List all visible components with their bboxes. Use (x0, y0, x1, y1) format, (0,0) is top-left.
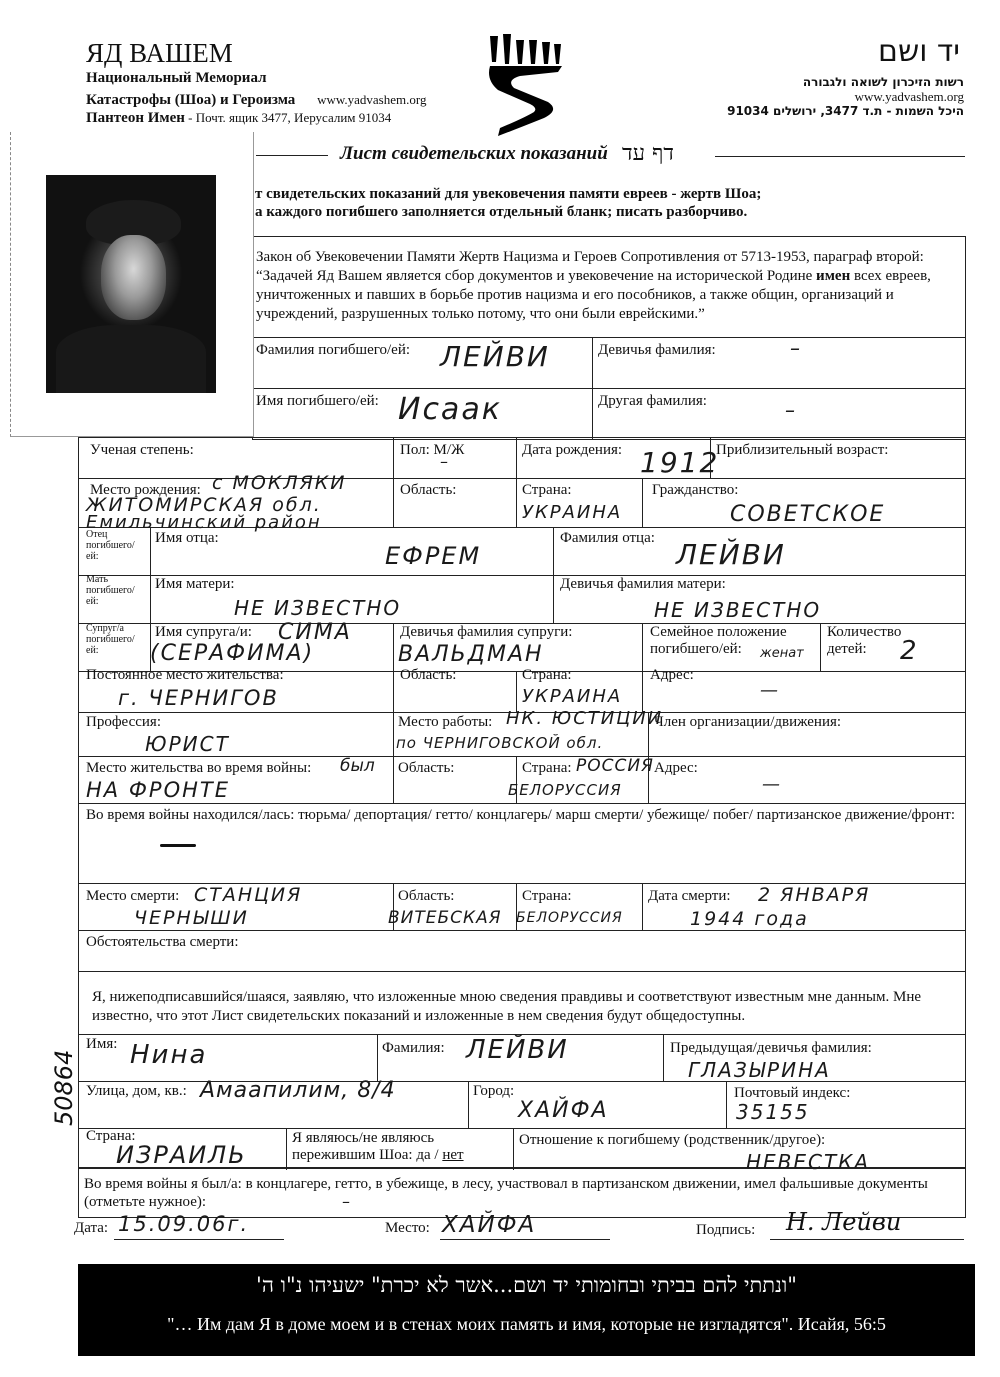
submitter-street-label: Улица, дом, кв.: (86, 1083, 187, 1100)
date-value[interactable]: 15.09.06г. (118, 1212, 249, 1236)
war-region-label: Область: (398, 760, 454, 777)
birth-place-value-1[interactable]: с МОКЛЯКИ (212, 472, 347, 494)
father-name-label: Имя отца: (155, 530, 219, 547)
war-address-value[interactable]: — (762, 774, 782, 795)
death-country-value[interactable]: БЕЛОРУССИЯ (516, 910, 623, 926)
profession-value[interactable]: ЮРИСТ (145, 732, 230, 756)
residence-address-value[interactable]: — (760, 680, 780, 701)
war-residence-value-1[interactable]: был (340, 756, 375, 776)
submitter-surname-value[interactable]: ЛЕЙВИ (466, 1035, 569, 1065)
war-status-label: Во время войны находился/лась: тюрьма/ д… (86, 806, 956, 825)
father-group-label: Отец погибшего/ ей: (86, 529, 148, 562)
workplace-label: Место работы: (398, 714, 492, 731)
workplace-value-1[interactable]: НК. ЮСТИЦИИ (506, 708, 663, 729)
children-label-1: Количество (827, 624, 901, 641)
victim-other-surname-label: Другая фамилия: (598, 393, 707, 410)
mother-group-label: Мать погибшего/ ей: (86, 574, 148, 607)
law-text: Закон об Увековечении Памяти Жертв Нациз… (256, 248, 968, 324)
residence-country-label: Страна: (522, 667, 572, 684)
victim-firstname-label: Имя погибшего/ей: (256, 393, 379, 410)
submitter-city-label: Город: (473, 1083, 514, 1100)
spouse-group-label: Супруг/а погибшего/ ей: (86, 623, 148, 656)
org-line2-ru: Катастрофы (Шоа) и Героизма www.yadvashe… (86, 92, 426, 109)
mother-name-label: Имя матери: (155, 576, 235, 593)
death-region-value[interactable]: ВИТЕБСКАЯ (388, 908, 502, 928)
residence-label: Постоянное место жительства: (86, 667, 284, 684)
marital-label-2: погибшего/ей: (650, 641, 742, 658)
victim-maiden-value[interactable]: – (790, 336, 802, 360)
org-line1-he: רשות הזיכרון לשואה ולגבורה (803, 75, 964, 89)
spouse-maiden-label: Девичья фамилия супруги: (400, 624, 572, 641)
org-url: www.yadvashem.org (317, 92, 426, 107)
sex-label: Пол: М/Ж (400, 442, 464, 459)
instruction-line-2: а каждого погибшего заполняется отдельны… (255, 204, 747, 221)
submitter-prev-surname-value[interactable]: ГЛАЗЫРИНА (688, 1058, 831, 1082)
father-name-value[interactable]: ЕФРЕМ (385, 542, 481, 570)
place-label: Место: (385, 1220, 430, 1237)
signature-label: Подпись: (696, 1222, 755, 1239)
birth-date-value[interactable]: 1912 (640, 446, 719, 479)
org-line1-ru: Национальный Мемориал (86, 70, 267, 87)
workplace-value-2[interactable]: по ЧЕРНИГОВСКОЙ обл. (396, 734, 603, 752)
date-label: Дата: (74, 1220, 108, 1237)
war-residence-label: Место жительства во время войны: (86, 760, 311, 777)
mother-maiden-label: Девичья фамилия матери: (560, 576, 726, 593)
submitter-war-label: Во время войны я был/а: в концлагере, ге… (84, 1175, 964, 1211)
birth-country-value[interactable]: УКРАИНА (522, 502, 622, 523)
submitter-city-value[interactable]: ХАЙФА (518, 1098, 609, 1123)
signature-value[interactable]: Н. Лейви (786, 1208, 901, 1236)
mother-maiden-value[interactable]: НЕ ИЗВЕСТНО (654, 598, 821, 622)
place-value[interactable]: ХАЙФА (442, 1212, 536, 1238)
war-address-label: Адрес: (654, 760, 698, 777)
residence-region-label: Область: (400, 667, 456, 684)
profession-label: Профессия: (86, 714, 161, 731)
org-url-he: www.yadvashem.org (855, 89, 964, 105)
yad-vashem-logo-icon (484, 32, 568, 136)
isaiah-quote-banner: "ונתתי להם בביתי ובחומותי יד ושם...אשר ל… (78, 1264, 975, 1356)
spouse-name-label: Имя супруга/и: (155, 624, 252, 641)
war-country-label: Страна: (522, 760, 572, 777)
degree-label: Ученая степень: (90, 442, 194, 459)
marital-value[interactable]: женат (760, 646, 804, 661)
father-surname-value[interactable]: ЛЕЙВИ (676, 538, 786, 571)
death-region-label: Область: (398, 888, 454, 905)
residence-country-value[interactable]: УКРАИНА (522, 686, 622, 707)
submitter-war-value[interactable]: – (342, 1192, 352, 1211)
mother-name-value[interactable]: НЕ ИЗВЕСТНО (234, 596, 401, 620)
children-label-2: детей: (827, 641, 867, 658)
sex-value[interactable]: – (440, 452, 450, 471)
member-label: Член организации/движения: (654, 714, 841, 731)
war-country-value-2[interactable]: БЕЛОРУССИЯ (508, 781, 622, 799)
death-circumstances-label: Обстоятельства смерти: (86, 934, 239, 951)
death-date-value-1[interactable]: 2 ЯНВАРЯ (758, 884, 870, 906)
citizenship-label: Гражданство: (652, 482, 738, 499)
quote-hebrew: "ונתתי להם בביתי ובחומותי יד ושם...אשר ל… (78, 1273, 975, 1298)
title-rule-right (715, 156, 965, 157)
org-name-he: יד ושם (878, 34, 960, 69)
spouse-maiden-value[interactable]: ВАЛЬДМАН (398, 642, 544, 667)
instruction-line-1: т свидетельских показаний для увековечен… (255, 186, 761, 203)
org-line3-ru: Пантеон Имен - Почт. ящик 3477, Иерусали… (86, 110, 391, 127)
sheet-title-ru: Лист свидетельских показаний (340, 143, 608, 165)
death-country-label: Страна: (522, 888, 572, 905)
citizenship-value[interactable]: СОВЕТСКОЕ (730, 502, 885, 527)
sheet-title-he: דף עד (622, 140, 674, 166)
submitter-prev-surname-label: Предыдущая/девичья фамилия: (670, 1040, 872, 1057)
victim-other-surname-value[interactable]: – (785, 398, 797, 422)
death-place-value-1[interactable]: СТАНЦИЯ (194, 884, 302, 906)
approx-age-label: Приблизительный возраст: (716, 442, 888, 459)
death-place-value-2[interactable]: ЧЕРНЫШИ (134, 907, 249, 929)
survivor-label-2: пережившим Шоа: да / нет (292, 1147, 464, 1164)
birth-date-label: Дата рождения: (522, 442, 622, 459)
submitter-surname-label: Фамилия: (382, 1040, 445, 1057)
marital-label-1: Семейное положение (650, 624, 787, 641)
victim-maiden-label: Девичья фамилия: (598, 342, 716, 359)
birth-country-label: Страна: (522, 482, 572, 499)
spouse-name-value-2[interactable]: (СЕРАФИМА) (150, 641, 314, 666)
archive-number: 50864 (50, 1050, 78, 1126)
victim-photo (46, 175, 216, 393)
death-place-label: Место смерти: (86, 888, 179, 905)
birth-region-label: Область: (400, 482, 456, 499)
survivor-label-1: Я являюсь/не являюсь (292, 1130, 434, 1147)
org-line3-he: היכל השמות - ת.ד 3477, ירושלים 91034 (727, 104, 964, 118)
submitter-street-value[interactable]: Амаапилим, 8/4 (200, 1078, 396, 1103)
submitter-firstname-label: Имя: (86, 1036, 117, 1053)
war-country-value-1[interactable]: РОССИЯ (576, 756, 654, 776)
declaration-text: Я, нижеподписавшийся/шаяся, заявляю, что… (92, 988, 960, 1026)
submitter-zip-value[interactable]: 35155 (736, 1100, 810, 1124)
children-value[interactable]: 2 (900, 636, 919, 666)
residence-address-label: Адрес: (650, 667, 694, 684)
survivor-answer[interactable]: нет (442, 1147, 463, 1163)
victim-surname-value[interactable]: ЛЕЙВИ (440, 340, 550, 373)
father-surname-label: Фамилия отца: (560, 530, 655, 547)
war-residence-value-2[interactable]: НА ФРОНТЕ (86, 778, 230, 802)
residence-value[interactable]: г. ЧЕРНИГОВ (118, 686, 279, 710)
title-rule-left (256, 155, 328, 156)
submitter-country-value[interactable]: ИЗРАИЛЬ (116, 1141, 247, 1169)
war-status-underline-front (160, 844, 196, 847)
death-date-value-2[interactable]: 1944 года (690, 908, 809, 930)
relation-label: Отношение к погибшему (родственник/друго… (519, 1132, 825, 1149)
org-name-ru: ЯД ВАШЕМ (86, 38, 233, 69)
victim-firstname-value[interactable]: Исаак (398, 392, 502, 427)
victim-surname-label: Фамилия погибшего/ей: (256, 342, 410, 359)
quote-russian: "… Им дам Я в доме моем и в стенах моих … (82, 1314, 971, 1335)
submitter-firstname-value[interactable]: Нина (130, 1040, 207, 1070)
death-date-label: Дата смерти: (648, 888, 731, 905)
